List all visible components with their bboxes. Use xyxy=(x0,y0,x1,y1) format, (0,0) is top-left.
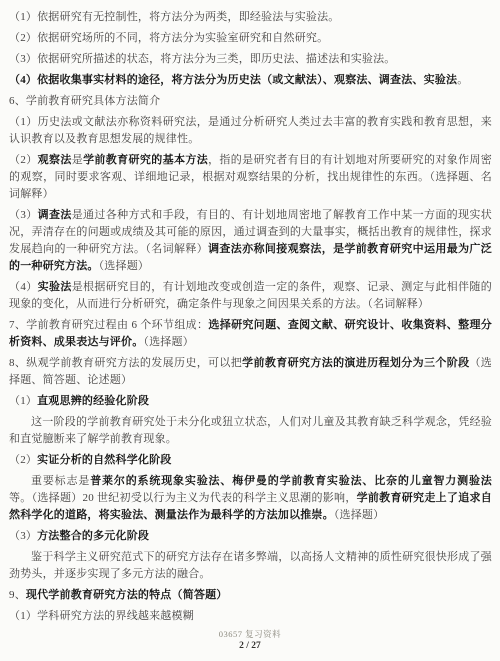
text-segment: （选择题） xyxy=(99,260,150,272)
paragraph: 重要标志是普莱尔的系统现象实验法、梅伊曼的学前教育实验法、比奈的儿童智力测验法 … xyxy=(9,473,492,524)
paragraph: （4）依据收集事实材料的途径，将方法分为历史法（或文献法）、观察法、调查法、实验… xyxy=(9,72,492,89)
text-segment: 实验法 xyxy=(38,281,72,293)
text-segment: （1）学科研究方法的界线越来越模糊 xyxy=(9,610,194,622)
paragraph: 6、学前教育研究具体方法简介 xyxy=(9,93,492,110)
document-body: （1）依据研究有无控制性，将方法分为两类，即经验法与实验法。（2）依据研究场所的… xyxy=(9,9,492,625)
text-segment: 7、学前教育研究过程由 6 个环节组成： xyxy=(9,319,208,331)
text-segment: （4） xyxy=(9,281,38,293)
text-segment: （1） xyxy=(9,395,37,407)
paragraph: 7、学前教育研究过程由 6 个环节组成：选择研究问题、查阅文献、研究设计、收集资… xyxy=(9,317,492,351)
paragraph: （1）历史法或文献法亦称资料研究法，是通过分析研究人类过去丰富的教育实践和教育思… xyxy=(9,114,492,148)
text-segment: （2） xyxy=(9,454,37,466)
text-segment: 实证分析的自然科学化阶段 xyxy=(37,454,171,466)
paragraph: （2）实证分析的自然科学化阶段 xyxy=(9,452,492,469)
paragraph: （3）依据研究所描述的状态，将方法分为三类，即历史法、描述法和实验法。 xyxy=(9,51,492,68)
text-segment: 8、纵观学前教育研究方法的发展历史，可以把 xyxy=(9,357,242,369)
paragraph: 这一阶段的学前教育研究处于未分化或狃立状态，人们对儿童及其教育缺乏科学观念，凭经… xyxy=(9,414,492,448)
text-segment: 等。（选择题）20 世纪初受以行为主义为代表的科学主义思潮的影响， xyxy=(9,492,357,504)
document-page: （1）依据研究有无控制性，将方法分为两类，即经验法与实验法。（2）依据研究场所的… xyxy=(0,0,500,661)
text-segment: 方法整合的多元化阶段 xyxy=(37,530,149,542)
paragraph: （1）依据研究有无控制性，将方法分为两类，即经验法与实验法。 xyxy=(9,9,492,26)
paragraph: 9、现代学前教育研究方法的特点（简答题） xyxy=(9,587,492,604)
text-segment: （选择题） xyxy=(334,509,385,521)
text-segment: （3）依据研究所描述的状态，将方法分为三类，即历史法、描述法和实验法。 xyxy=(9,53,396,65)
text-segment: （选择题） xyxy=(143,336,194,348)
paragraph: （3）方法整合的多元化阶段 xyxy=(9,528,492,545)
text-segment: （1）依据研究有无控制性，将方法分为两类，即经验法与实验法。 xyxy=(9,11,340,23)
text-segment: （4）依据收集事实材料的途径，将方法分为历史法（或文献法）、观察法、调查法、实验… xyxy=(9,74,457,86)
text-segment: 现代学前教育研究方法的特点（简答题） xyxy=(26,589,228,601)
text-segment: （1）历史法或文献法亦称资料研究法，是通过分析研究人类过去丰富的教育实践和教育思… xyxy=(9,116,492,145)
paragraph: （4）实验法是根据研究目的，有计划地改变或创造一定的条件，观察、记录、测定与此相… xyxy=(9,279,492,313)
paragraph: （3）调查法是通过各种方式和手段，有目的、有计划地周密地了解教育工作中某一方面的… xyxy=(9,207,492,275)
text-segment: 9、 xyxy=(9,589,26,601)
text-segment: （3） xyxy=(9,209,38,221)
paragraph: （2）观察法是学前教育研究的基本方法，指的是研究者有目的有计划地对所要研究的对象… xyxy=(9,152,492,203)
text-segment: 学前教育研究的基本方法 xyxy=(83,154,208,166)
text-segment: 重要标志是 xyxy=(31,475,90,487)
text-segment: 。 xyxy=(457,74,468,86)
text-segment: （2） xyxy=(9,154,38,166)
text-segment: 观察法 xyxy=(38,154,72,166)
paragraph: （1）直观思辨的经验化阶段 xyxy=(9,393,492,410)
text-segment: （3） xyxy=(9,530,37,542)
text-segment: 鉴于科学主义研究范式下的研究方法存在诸多弊端，以高扬人文精神的质性研究很快形成了… xyxy=(9,551,492,580)
footer-doc-code: 03657 复习资料 xyxy=(0,628,500,640)
text-segment: （2）依据研究场所的不同，将方法分为实验室研究和自然研究。 xyxy=(9,32,328,44)
text-segment: 6、学前教育研究具体方法简介 xyxy=(9,95,160,107)
text-segment: 直观思辨的经验化阶段 xyxy=(37,395,149,407)
paragraph: 鉴于科学主义研究范式下的研究方法存在诸多弊端，以高扬人文精神的质性研究很快形成了… xyxy=(9,549,492,583)
text-segment: 是根据研究目的，有计划地改变或创造一定的条件，观察、记录、测定与此相伴随的现象的… xyxy=(9,281,492,310)
text-segment: 是 xyxy=(72,154,83,166)
paragraph: （1）学科研究方法的界线越来越模糊 xyxy=(9,608,492,625)
footer-page-number: 2 / 27 xyxy=(0,640,500,653)
paragraph: 8、纵观学前教育研究方法的发展历史，可以把学前教育研究方法的演进历程划分为三个阶… xyxy=(9,355,492,389)
text-segment: 普莱尔的系统现象实验法、梅伊曼的学前教育实验法、比奈的儿童智力测验法 xyxy=(90,475,492,487)
page-footer: 03657 复习资料 2 / 27 xyxy=(0,628,500,653)
text-segment: 调查法 xyxy=(38,209,72,221)
paragraph: （2）依据研究场所的不同，将方法分为实验室研究和自然研究。 xyxy=(9,30,492,47)
text-segment: 学前教育研究方法的演进历程划分为三个阶段 xyxy=(242,357,469,369)
text-segment: 这一阶段的学前教育研究处于未分化或狃立状态，人们对儿童及其教育缺乏科学观念，凭经… xyxy=(9,416,492,445)
